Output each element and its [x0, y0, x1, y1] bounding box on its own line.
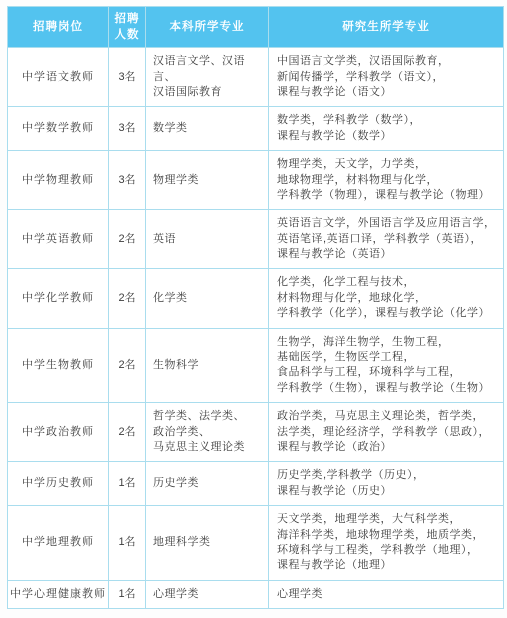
header-undergrad-major: 本科所学专业	[146, 7, 269, 48]
cell-undergrad-major: 数学类	[146, 107, 269, 151]
table-row: 中学物理教师 3名 物理学类 物理学类，天文学，力学类， 地球物理学，材料物理与…	[8, 151, 504, 210]
cell-graduate-major: 物理学类，天文学，力学类， 地球物理学，材料物理与化学， 学科教学（物理），课程…	[269, 151, 504, 210]
table-row: 中学英语教师 2名 英语 英语语言文学，外国语言学及应用语言学， 英语笔译,英语…	[8, 210, 504, 269]
cell-undergrad-major: 英语	[146, 210, 269, 269]
table-row: 中学心理健康教师 1名 心理学类 心理学类	[8, 580, 504, 608]
header-graduate-major: 研究生所学专业	[269, 7, 504, 48]
cell-position: 中学化学教师	[8, 269, 109, 328]
cell-graduate-major: 心理学类	[269, 580, 504, 608]
cell-count: 1名	[109, 506, 146, 581]
cell-count: 2名	[109, 328, 146, 403]
cell-position: 中学语文教师	[8, 48, 109, 107]
cell-count: 3名	[109, 151, 146, 210]
cell-position: 中学心理健康教师	[8, 580, 109, 608]
cell-undergrad-major: 汉语言文学、汉语言、 汉语国际教育	[146, 48, 269, 107]
table-row: 中学政治教师 2名 哲学类、法学类、 政治学类、 马克思主义理论类 政治学类，马…	[8, 403, 504, 462]
cell-undergrad-major: 心理学类	[146, 580, 269, 608]
table-row: 中学地理教师 1名 地理科学类 天文学类，地理学类，大气科学类， 海洋科学类，地…	[8, 506, 504, 581]
cell-graduate-major: 化学类，化学工程与技术， 材料物理与化学，地球化学， 学科教学（化学），课程与教…	[269, 269, 504, 328]
header-row: 招聘岗位 招聘人数 本科所学专业 研究生所学专业	[8, 7, 504, 48]
cell-count: 1名	[109, 462, 146, 506]
cell-graduate-major: 中国语言文学类，汉语国际教育， 新闻传播学，学科教学（语文）， 课程与教学论（语…	[269, 48, 504, 107]
cell-position: 中学英语教师	[8, 210, 109, 269]
cell-graduate-major: 数学类，学科教学（数学）， 课程与教学论（数学）	[269, 107, 504, 151]
table-row: 中学历史教师 1名 历史学类 历史学类,学科教学（历史）， 课程与教学论（历史）	[8, 462, 504, 506]
page: 招聘岗位 招聘人数 本科所学专业 研究生所学专业 中学语文教师 3名 汉语言文学…	[0, 0, 507, 615]
cell-undergrad-major: 生物科学	[146, 328, 269, 403]
cell-graduate-major: 生物学，海洋生物学，生物工程， 基础医学，生物医学工程， 食品科学与工程，环境科…	[269, 328, 504, 403]
table-row: 中学语文教师 3名 汉语言文学、汉语言、 汉语国际教育 中国语言文学类，汉语国际…	[8, 48, 504, 107]
cell-undergrad-major: 化学类	[146, 269, 269, 328]
cell-count: 2名	[109, 210, 146, 269]
cell-undergrad-major: 地理科学类	[146, 506, 269, 581]
cell-undergrad-major: 物理学类	[146, 151, 269, 210]
cell-position: 中学地理教师	[8, 506, 109, 581]
cell-count: 1名	[109, 580, 146, 608]
cell-position: 中学数学教师	[8, 107, 109, 151]
cell-count: 2名	[109, 403, 146, 462]
table-row: 中学数学教师 3名 数学类 数学类，学科教学（数学）， 课程与教学论（数学）	[8, 107, 504, 151]
cell-graduate-major: 历史学类,学科教学（历史）， 课程与教学论（历史）	[269, 462, 504, 506]
cell-graduate-major: 英语语言文学，外国语言学及应用语言学， 英语笔译,英语口译，学科教学（英语）， …	[269, 210, 504, 269]
cell-position: 中学历史教师	[8, 462, 109, 506]
cell-undergrad-major: 历史学类	[146, 462, 269, 506]
table-row: 中学化学教师 2名 化学类 化学类，化学工程与技术， 材料物理与化学，地球化学，…	[8, 269, 504, 328]
cell-position: 中学物理教师	[8, 151, 109, 210]
recruitment-table: 招聘岗位 招聘人数 本科所学专业 研究生所学专业 中学语文教师 3名 汉语言文学…	[7, 6, 504, 609]
cell-position: 中学政治教师	[8, 403, 109, 462]
cell-undergrad-major: 哲学类、法学类、 政治学类、 马克思主义理论类	[146, 403, 269, 462]
table-row: 中学生物教师 2名 生物科学 生物学，海洋生物学，生物工程， 基础医学，生物医学…	[8, 328, 504, 403]
cell-graduate-major: 政治学类，马克思主义理论类，哲学类， 法学类，理论经济学，学科教学（思政）， 课…	[269, 403, 504, 462]
header-position: 招聘岗位	[8, 7, 109, 48]
cell-count: 2名	[109, 269, 146, 328]
cell-count: 3名	[109, 107, 146, 151]
cell-graduate-major: 天文学类，地理学类，大气科学类， 海洋科学类，地球物理学类，地质学类， 环境科学…	[269, 506, 504, 581]
header-count: 招聘人数	[109, 7, 146, 48]
cell-position: 中学生物教师	[8, 328, 109, 403]
cell-count: 3名	[109, 48, 146, 107]
